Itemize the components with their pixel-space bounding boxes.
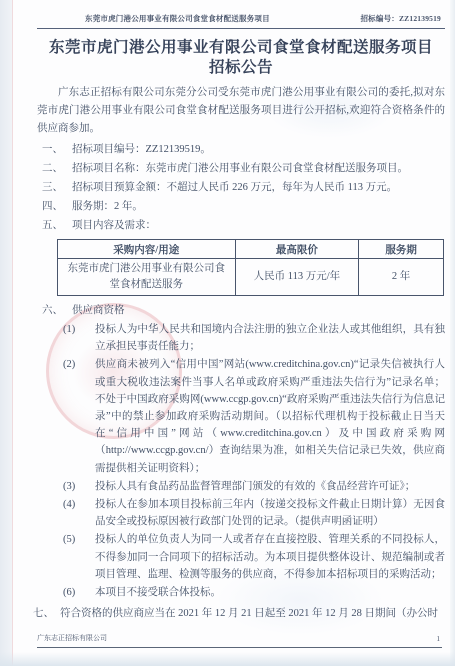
- item-text: 招标项目预算金额：不超过人民币 226 万元，每年为人民币 113 万元。: [72, 182, 397, 193]
- header-bid-number: 招标编号：ZZ12139519: [360, 13, 441, 24]
- title-line-1: 东莞市虎门港公用事业有限公司食堂食材配送服务项目: [37, 38, 445, 58]
- sub-item-text: 投标人为中华人民共和国境内合法注册的独立企业法人或其他组织，具有独立承担民事责任…: [95, 324, 445, 352]
- sub-item-number: (5): [63, 531, 75, 548]
- table-header-content: 采购内容/用途: [58, 240, 236, 259]
- requirements-table-wrapper: 采购内容/用途 最高限价 服务期 东莞市虎门港公用事业有限公司食堂食材配送服务 …: [57, 239, 445, 296]
- sub-item-text: 投标人的单位负责人为同一人或者存在直接控股、管理关系的不同投标人，不得参加同一合…: [95, 534, 445, 579]
- item-number: 一、: [42, 144, 63, 155]
- footer-company-name: 广东志正招标有限公司: [37, 633, 107, 643]
- sub-item-number: (6): [63, 584, 75, 601]
- item-text: 服务期：2 年。: [72, 201, 143, 212]
- header-project-name: 东莞市虎门港公用事业有限公司食堂食材配送服务项目: [85, 13, 270, 24]
- table-cell-content: 东莞市虎门港公用事业有限公司食堂食材配送服务: [58, 259, 236, 296]
- item-text: 项目内容及需求：: [72, 220, 156, 231]
- table-cell-price: 人民币 113 万元/年: [235, 259, 359, 296]
- item-text: 招标项目名称：东莞市虎门港公用事业有限公司食堂食材配送服务项目。: [72, 163, 408, 174]
- list-item-5: 五、项目内容及需求：: [37, 216, 445, 235]
- numbered-list: 一、招标项目编号：ZZ12139519。 二、招标项目名称：东莞市虎门港公用事业…: [37, 140, 445, 235]
- sub-item-text: 供应商未被列入“信用中国”网站(www.creditchina.gov.cn)“…: [95, 359, 445, 473]
- table-header-row: 采购内容/用途 最高限价 服务期: [58, 240, 444, 259]
- table-header-price: 最高限价: [235, 240, 359, 259]
- page-header: 东莞市虎门港公用事业有限公司食堂食材配送服务项目 招标编号：ZZ12139519: [37, 13, 445, 28]
- list-item-3: 三、招标项目预算金额：不超过人民币 226 万元，每年为人民币 113 万元。: [37, 178, 445, 197]
- table-header-term: 服务期: [359, 240, 444, 259]
- list-item-2: 二、招标项目名称：东莞市虎门港公用事业有限公司食堂食材配送服务项目。: [37, 159, 445, 178]
- title-line-2: 招标公告: [37, 58, 445, 78]
- table-row: 东莞市虎门港公用事业有限公司食堂食材配送服务 人民币 113 万元/年 2 年: [58, 259, 444, 296]
- sub-item-text: 投标人在参加本项目投标前三年内（按递交投标文件截止日期计算）无因食品安全或投标原…: [95, 499, 445, 527]
- sub-item-4: (4)投标人在参加本项目投标前三年内（按递交投标文件截止日期计算）无因食品安全或…: [37, 496, 445, 530]
- section7-number: 七、: [33, 608, 54, 619]
- sub-item-6: (6)本项目不接受联合体投标。: [37, 584, 445, 601]
- item-number: 三、: [42, 182, 63, 193]
- section7-line: 七、符合资格的供应商应当在 2021 年 12 月 21 日起至 2021 年 …: [33, 605, 445, 623]
- footer-page-number: 1: [437, 635, 441, 643]
- item-number: 四、: [42, 201, 63, 212]
- sub-item-5: (5)投标人的单位负责人为同一人或者存在直接控股、管理关系的不同投标人，不得参加…: [37, 531, 445, 583]
- intro-paragraph: 广东志正招标有限公司东莞分公司受东莞市虎门港公用事业有限公司的委托,拟对东莞市虎…: [37, 84, 445, 138]
- table-cell-term: 2 年: [359, 259, 444, 296]
- section6-title: 供应商资格: [72, 305, 125, 316]
- sub-item-3: (3)投标人具有食品药品监督管理部门颁发的有效的《食品经营许可证》；: [37, 478, 445, 495]
- item-number: 二、: [42, 163, 63, 174]
- requirements-table: 采购内容/用途 最高限价 服务期 东莞市虎门港公用事业有限公司食堂食材配送服务 …: [57, 239, 444, 296]
- sub-item-2: (2)供应商未被列入“信用中国”网站(www.creditchina.gov.c…: [37, 356, 445, 476]
- sub-item-text: 本项目不接受联合体投标。: [95, 587, 221, 598]
- page-footer: 广东志正招标有限公司 1: [37, 633, 442, 648]
- item-text: 招标项目编号：ZZ12139519。: [72, 144, 211, 155]
- item-number: 五、: [42, 220, 63, 231]
- sub-item-number: (3): [63, 478, 75, 495]
- section7-text: 符合资格的供应商应当在 2021 年 12 月 21 日起至 2021 年 12…: [60, 608, 438, 619]
- header-rule: [37, 28, 445, 29]
- list-item-4: 四、服务期：2 年。: [37, 197, 445, 216]
- list-item-1: 一、招标项目编号：ZZ12139519。: [37, 140, 445, 159]
- qualification-sub-list: (1)投标人为中华人民共和国境内合法注册的独立企业法人或其他组织，具有独立承担民…: [37, 321, 445, 601]
- sub-item-number: (1): [63, 321, 75, 338]
- sub-item-1: (1)投标人为中华人民共和国境内合法注册的独立企业法人或其他组织，具有独立承担民…: [37, 321, 445, 355]
- sub-item-number: (2): [63, 356, 75, 373]
- document-page: 东莞市虎门港公用事业有限公司食堂食材配送服务项目 招标编号：ZZ12139519…: [0, 0, 455, 666]
- sub-item-text: 投标人具有食品药品监督管理部门颁发的有效的《食品经营许可证》；: [95, 481, 415, 492]
- section6-heading: 六、供应商资格: [37, 301, 445, 320]
- section6-number: 六、: [42, 305, 63, 316]
- sub-item-number: (4): [63, 496, 75, 513]
- document-title: 东莞市虎门港公用事业有限公司食堂食材配送服务项目 招标公告: [37, 38, 445, 78]
